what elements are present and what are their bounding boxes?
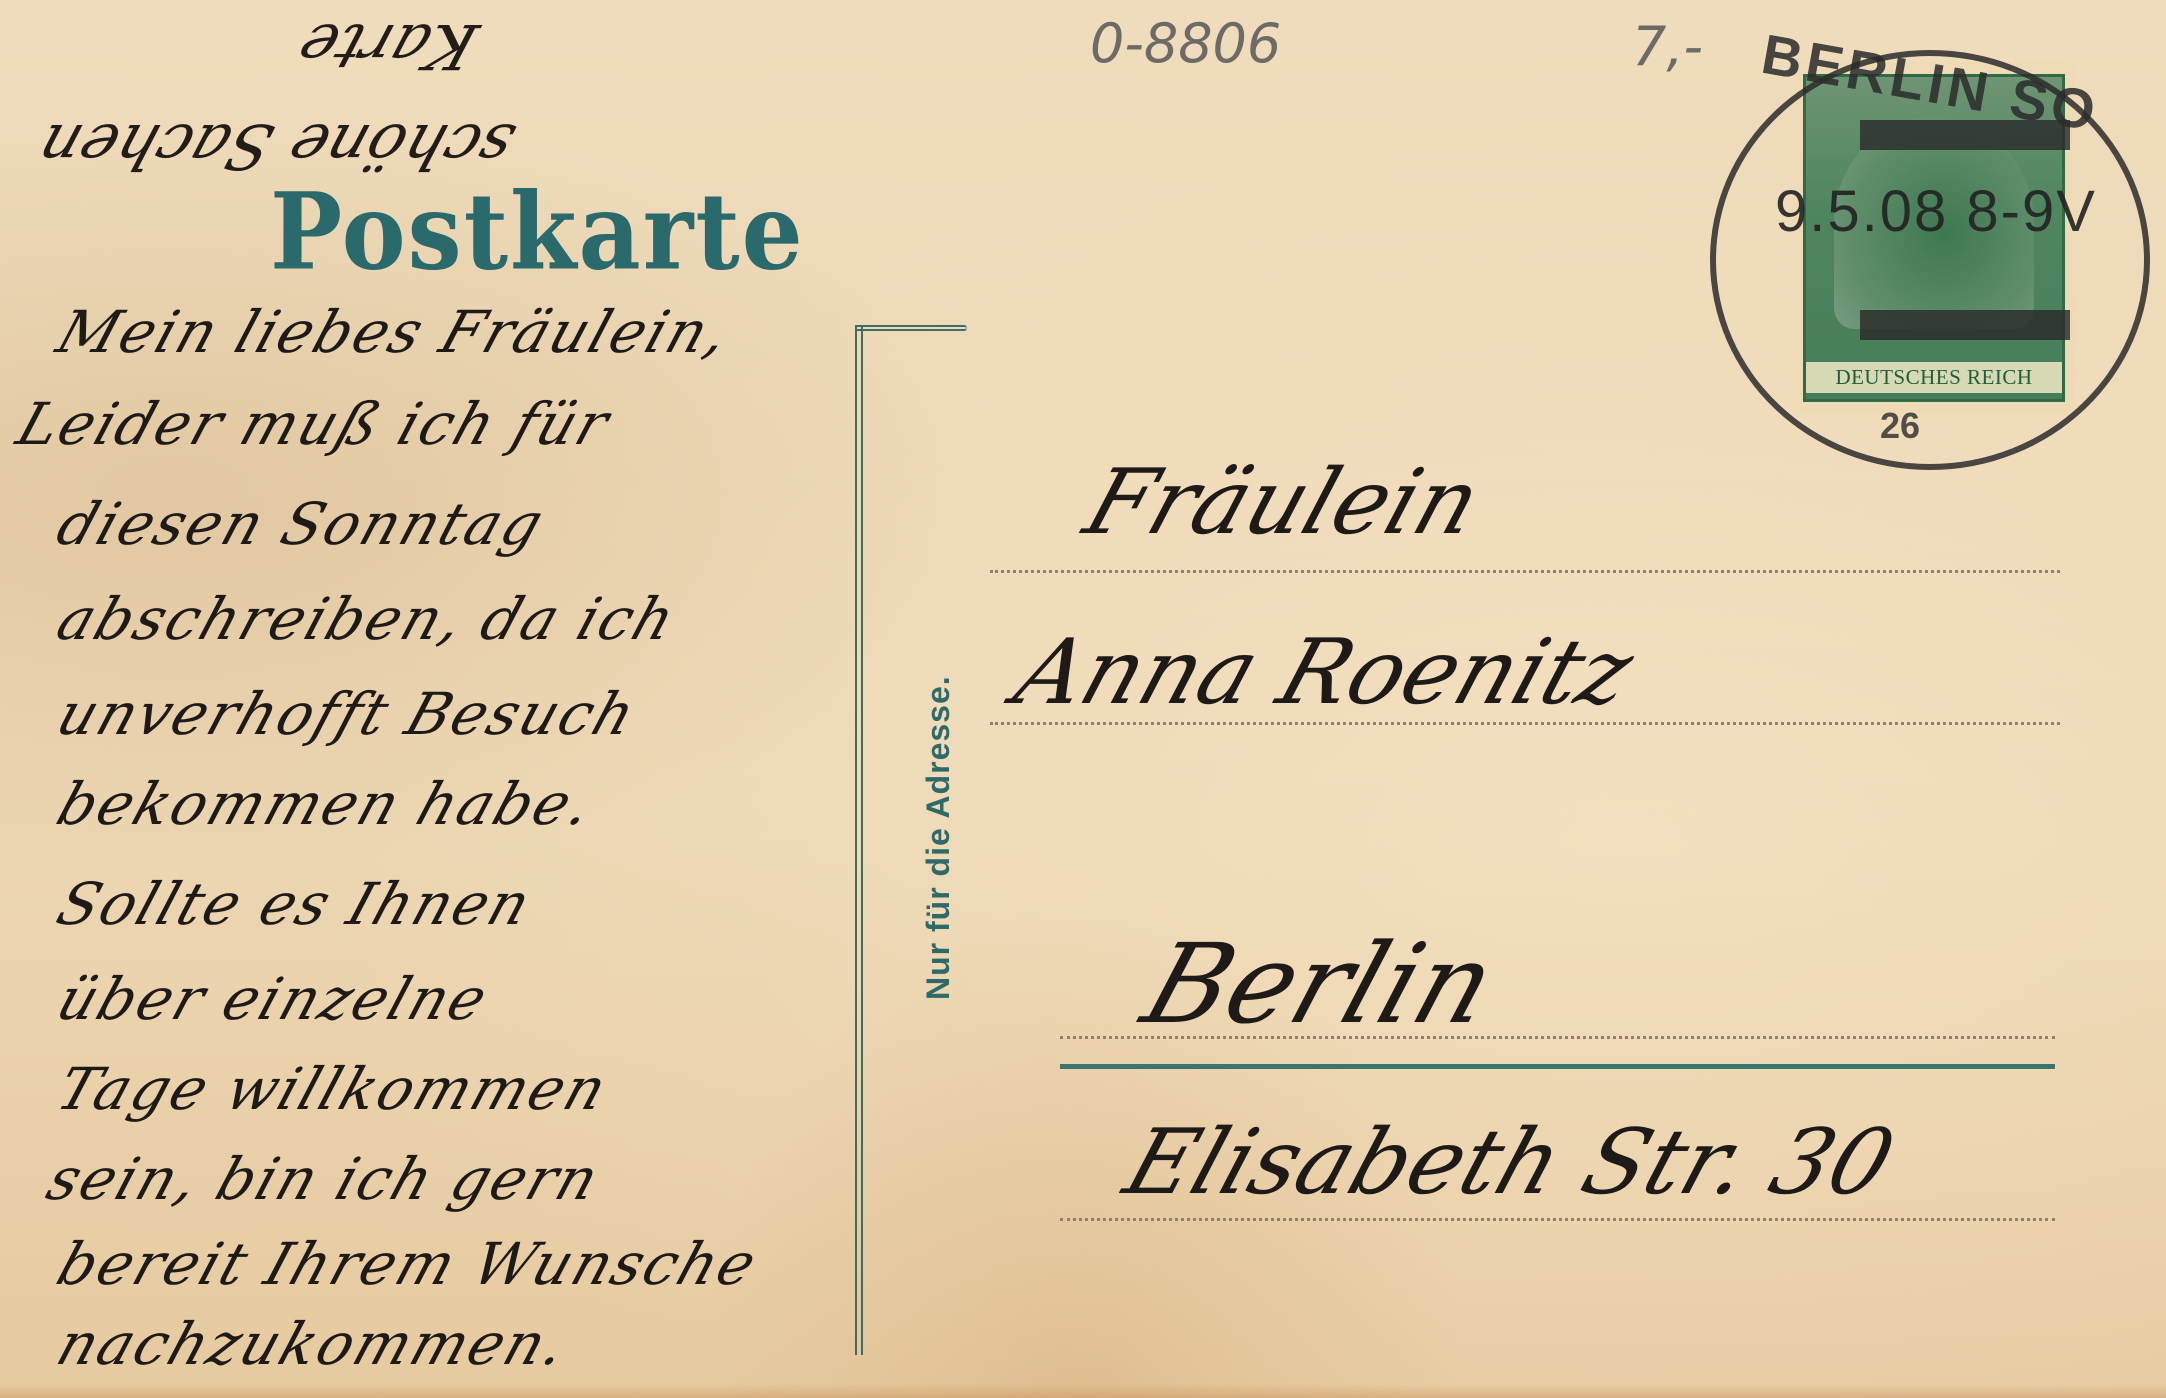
- message-line: bekommen habe.: [49, 770, 603, 838]
- address-line-4: [1060, 1218, 2055, 1221]
- postcard-back: Postkarte Karte schöne Sachen Mein liebe…: [0, 0, 2166, 1398]
- address-salutation: Fräulein: [1073, 450, 1493, 555]
- message-line: diesen Sonntag: [49, 490, 553, 558]
- upside-down-note-line-2: schöne Sachen: [28, 110, 523, 183]
- postmark-bar: [1860, 310, 2070, 340]
- postkarte-heading: Postkarte: [270, 169, 805, 293]
- address-line-1: [990, 570, 2060, 573]
- message-line: unverhofft Besuch: [49, 680, 645, 748]
- message-line: sein, bin ich gern: [39, 1145, 609, 1213]
- message-line: abschreiben, da ich: [49, 585, 685, 653]
- vertical-divider: [855, 325, 863, 1355]
- price-note: 7,-: [1632, 15, 1703, 78]
- address-name: Anna Roenitz: [1003, 620, 1646, 725]
- message-line: bereit Ihrem Wunsche: [49, 1230, 767, 1298]
- message-line: Mein liebes Fräulein,: [49, 298, 739, 366]
- catalog-number: 0-8806: [1090, 12, 1281, 75]
- message-line: Leider muß ich für: [9, 390, 619, 458]
- message-line: nachzukommen.: [49, 1310, 577, 1378]
- postmark-date: 9.5.08 8-9V: [1775, 178, 2097, 245]
- postmark-district: 26: [1880, 405, 1920, 447]
- address-street: Elisabeth Str. 30: [1113, 1110, 1907, 1215]
- address-city: Berlin: [1129, 920, 1510, 1048]
- address-city-underline: [1060, 1064, 2055, 1069]
- message-line: Tage willkommen: [49, 1055, 617, 1123]
- upside-down-note-line-1: Karte: [288, 10, 486, 83]
- divider-top-bar: [855, 325, 967, 331]
- message-line: über einzelne: [49, 965, 497, 1033]
- paper-edge-stain: [0, 1384, 2166, 1398]
- message-line: Sollte es Ihnen: [49, 870, 541, 938]
- address-only-note: Nur für die Adresse.: [920, 580, 964, 1000]
